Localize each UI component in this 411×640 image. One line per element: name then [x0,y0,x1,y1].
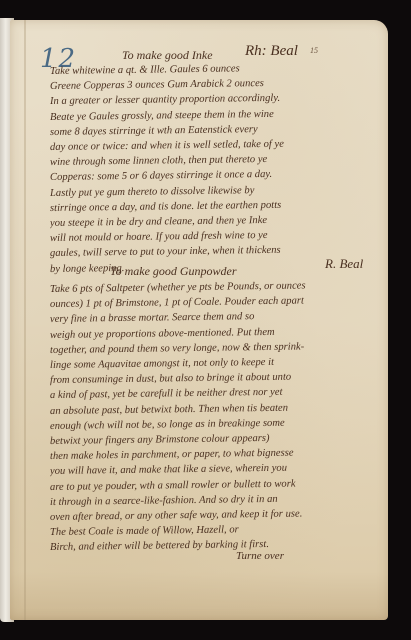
section-attribution-gunpowder: R. Beal [325,256,363,272]
section-attribution-ink: Rh: Beal [245,43,298,60]
ink-recipe-text: Take whitewine a qt. & Ille. Gaules 6 ou… [50,64,390,277]
page-fold-line [24,20,26,620]
page-reference: 15 [310,46,318,55]
catchword: Turne over [236,550,284,562]
gunpowder-recipe-text: Take 6 pts of Saltpeter (whether ye pts … [50,282,390,556]
manuscript-page: 12 To make good Inke Rh: Beal 15 Take wh… [10,20,388,620]
section-heading-ink: To make good Inke [122,48,213,63]
section-heading-gunpowder: To make good Gunpowder [110,264,237,279]
text-line: Birch, and either will be bettered by ba… [50,536,390,556]
